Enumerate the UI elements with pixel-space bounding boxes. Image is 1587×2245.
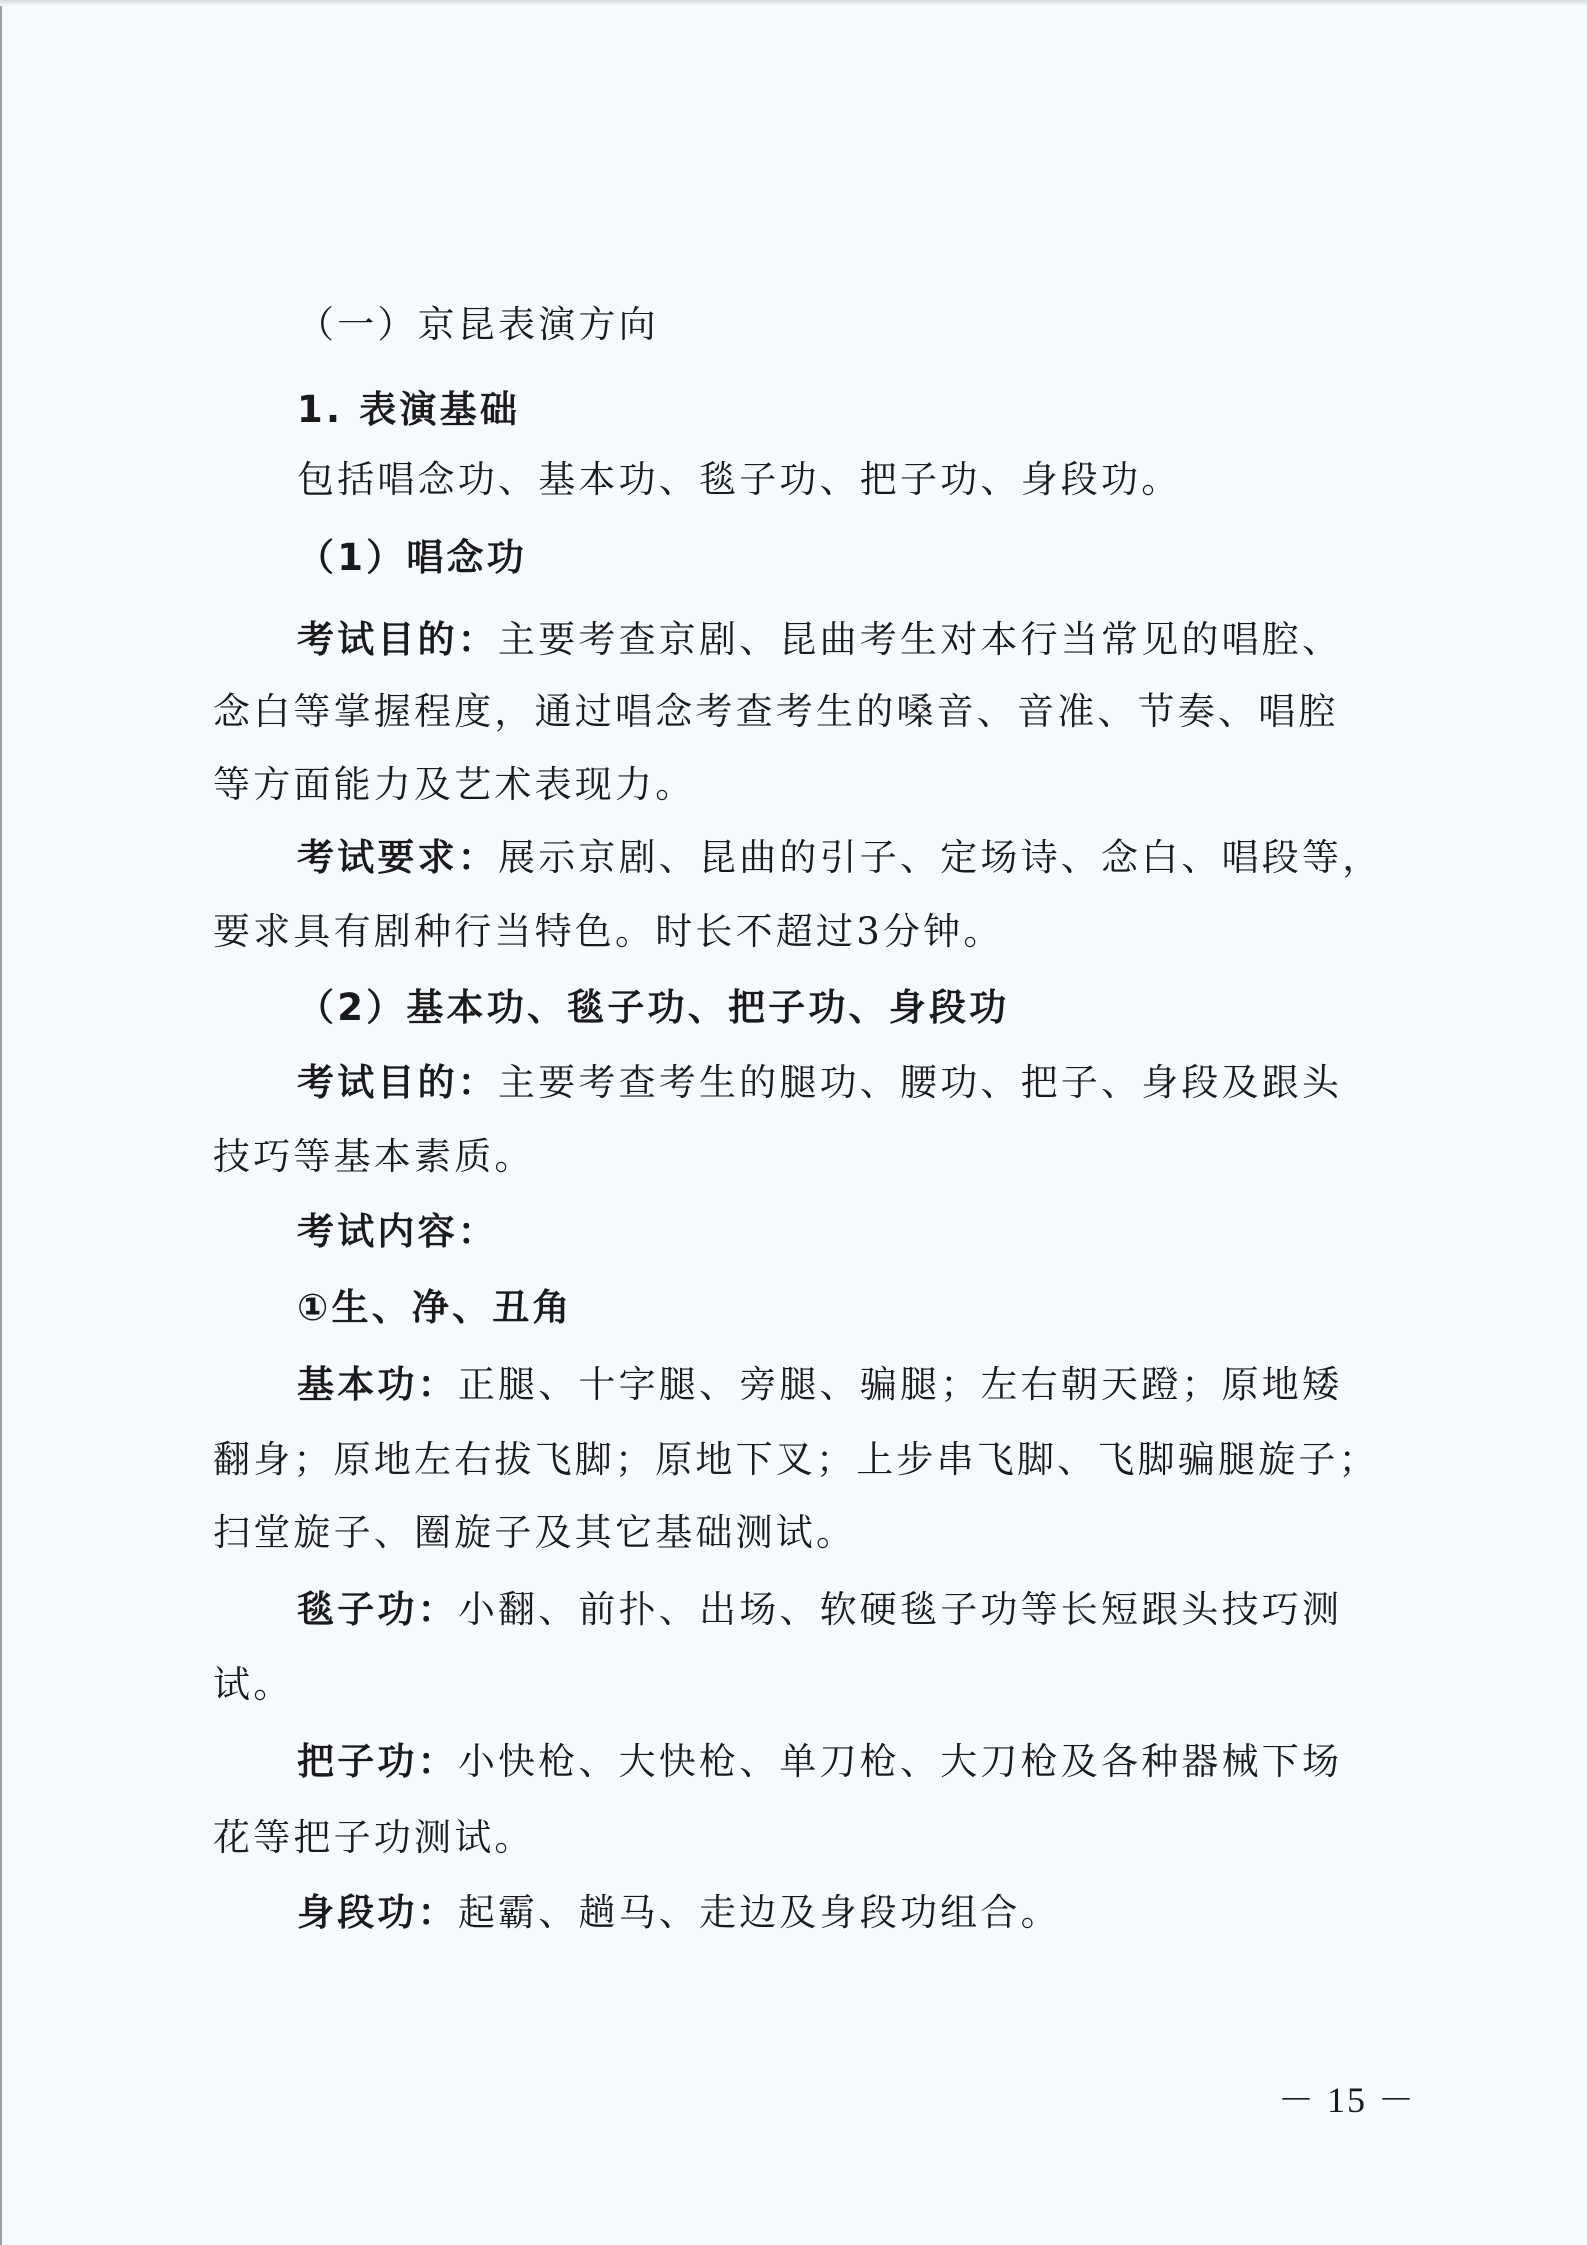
weapons-text: 小快枪、大快枪、单刀枪、大刀枪及各种器械下场 [458, 1740, 1342, 1783]
tumbling-line-2: 试。 [213, 1661, 293, 1709]
tumbling-label: 毯子功： [297, 1588, 458, 1631]
movement-line-1: 身段功：起霸、趟马、走边及身段功组合。 [297, 1889, 1061, 1937]
weapons-line-2: 花等把子功测试。 [213, 1814, 535, 1862]
basic-label: 基本功： [297, 1363, 458, 1406]
requirement-label: 考试要求： [297, 836, 498, 879]
basic-text: 正腿、十字腿、旁腿、骗腿；左右朝天蹬；原地矮 [458, 1363, 1342, 1406]
part1-requirement-line-1: 考试要求：展示京剧、昆曲的引子、定场诗、念白、唱段等， [297, 834, 1382, 882]
document-page: （一）京昆表演方向 1. 表演基础 包括唱念功、基本功、毯子功、把子功、身段功。… [0, 0, 1587, 2245]
part2-purpose-line-1: 考试目的：主要考查考生的腿功、腰功、把子、身段及跟头 [297, 1059, 1342, 1107]
tumbling-text: 小翻、前扑、出场、软硬毯子功等长短跟头技巧测 [458, 1588, 1342, 1631]
purpose-text: 主要考查京剧、昆曲考生对本行当常见的唱腔、 [498, 618, 1342, 661]
basic-line-1: 基本功：正腿、十字腿、旁腿、骗腿；左右朝天蹬；原地矮 [297, 1361, 1342, 1409]
weapons-line-1: 把子功：小快枪、大快枪、单刀枪、大刀枪及各种器械下场 [297, 1738, 1342, 1786]
part2-purpose-line-2: 技巧等基本素质。 [213, 1133, 535, 1181]
part2-heading: （2）基本功、毯子功、把子功、身段功 [297, 984, 1009, 1032]
content-label: 考试内容： [297, 1208, 498, 1256]
part1-purpose-line-1: 考试目的：主要考查京剧、昆曲考生对本行当常见的唱腔、 [297, 616, 1342, 664]
intro-paragraph: 包括唱念功、基本功、毯子功、把子功、身段功。 [297, 456, 1181, 504]
basic-line-2: 翻身；原地左右拔飞脚；原地下叉；上步串飞脚、飞脚骗腿旋子； [213, 1436, 1379, 1484]
part1-purpose-line-3: 等方面能力及艺术表现力。 [213, 761, 695, 809]
requirement-text: 展示京剧、昆曲的引子、定场诗、念白、唱段等， [498, 836, 1382, 879]
purpose-label: 考试目的： [297, 1061, 498, 1104]
basic-line-3: 扫堂旋子、圈旋子及其它基础测试。 [213, 1509, 856, 1557]
purpose-text: 主要考查考生的腿功、腰功、把子、身段及跟头 [498, 1061, 1342, 1104]
movement-text: 起霸、趟马、走边及身段功组合。 [458, 1891, 1061, 1934]
subsection-heading: 1. 表演基础 [297, 386, 520, 434]
page-number: － 15 － [1278, 2078, 1416, 2122]
part1-purpose-line-2: 念白等掌握程度，通过唱念考查考生的嗓音、音准、节奏、唱腔 [213, 688, 1339, 736]
part1-heading: （1）唱念功 [297, 534, 527, 582]
tumbling-line-1: 毯子功：小翻、前扑、出场、软硬毯子功等长短跟头技巧测 [297, 1586, 1342, 1634]
purpose-label: 考试目的： [297, 618, 498, 661]
role-heading: ①生、净、丑角 [297, 1284, 573, 1332]
part1-requirement-line-2: 要求具有剧种行当特色。时长不超过3分钟。 [213, 908, 1004, 956]
section-heading: （一）京昆表演方向 [297, 301, 659, 349]
movement-label: 身段功： [297, 1891, 458, 1934]
weapons-label: 把子功： [297, 1740, 458, 1783]
